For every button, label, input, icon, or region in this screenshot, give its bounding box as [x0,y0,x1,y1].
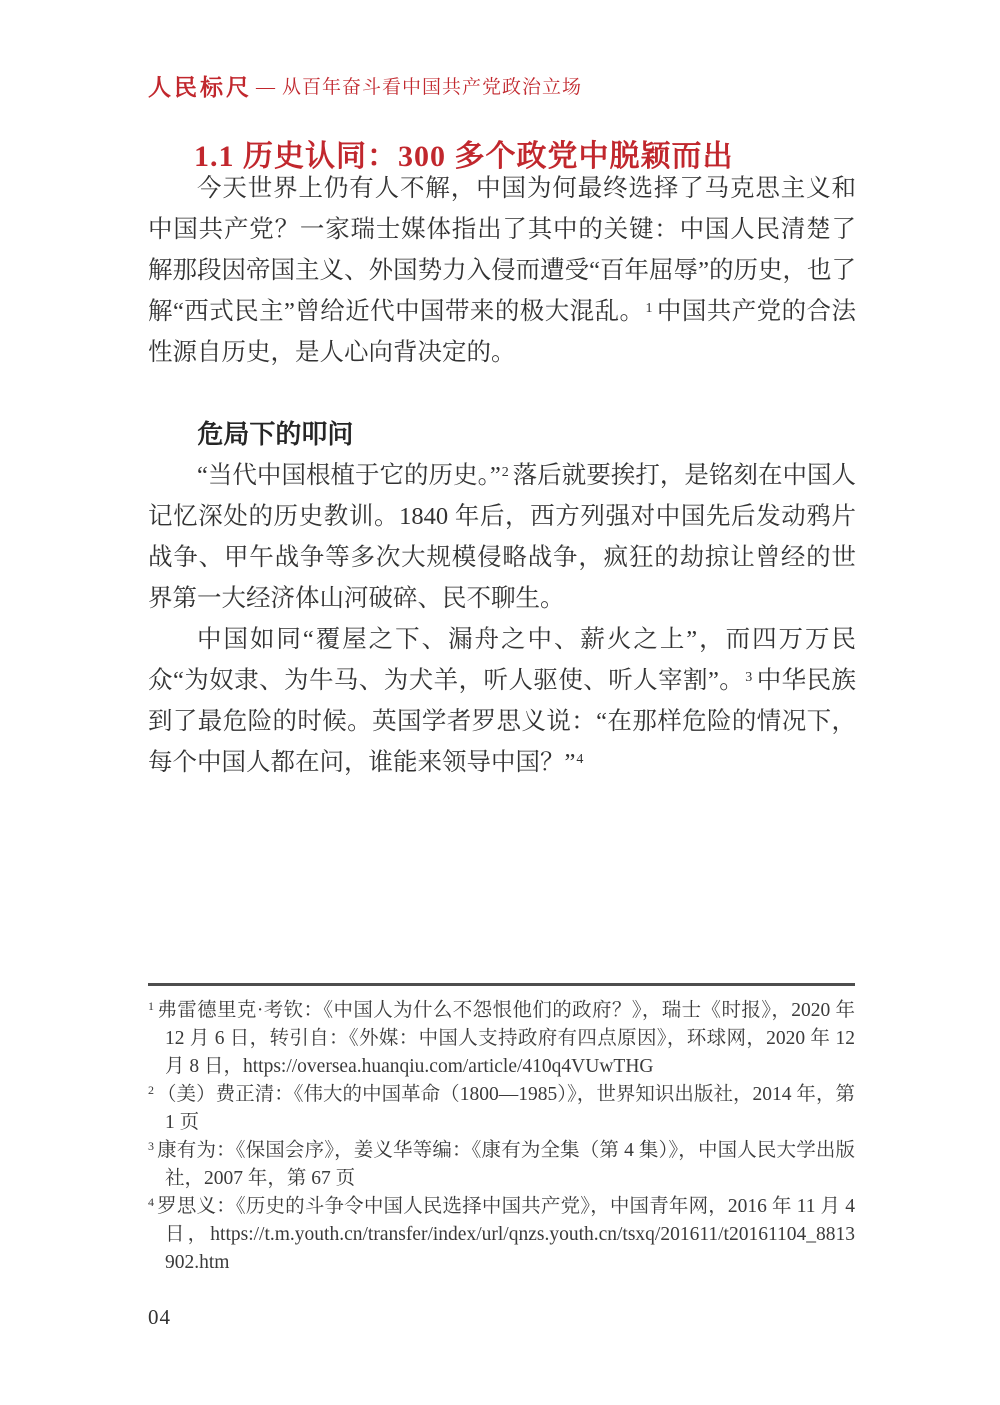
footnote-ref: 3 [745,670,752,685]
footnote-text: 弗雷德里克·考钦：《中国人为什么不怨恨他们的政府？》，瑞士《时报》，2020 年… [157,1000,855,1077]
footnote-text: 康有为：《保国会序》，姜义华等编：《康有为全集（第 4 集）》，中国人民大学出版… [157,1140,855,1189]
footnote-ref: 4 [576,752,583,767]
footnote-marker: 4 [148,1195,154,1209]
page-number: 04 [148,1305,171,1330]
footnote-text: （美）费正清：《伟大的中国革命（1800—1985）》，世界知识出版社，2014… [157,1084,855,1133]
book-title: 人民标尺 [148,75,252,100]
paragraph: “当代中国根植于它的历史。”2落后就要挨打，是铭刻在中国人记忆深处的历史教训。1… [148,455,856,619]
footnote-item: 3康有为：《保国会序》，姜义华等编：《康有为全集（第 4 集）》，中国人民大学出… [148,1137,855,1193]
footnote-marker: 3 [148,1139,154,1153]
footnote-ref: 1 [645,301,652,316]
paragraph: 中国如同“覆屋之下、漏舟之中、薪火之上”，而四万万民众“为奴隶、为牛马、为犬羊，… [148,619,856,783]
footnote-item: 1弗雷德里克·考钦：《中国人为什么不怨恨他们的政府？》，瑞士《时报》，2020 … [148,997,855,1081]
book-page: 人民标尺—从百年奋斗看中国共产党政治立场 1.1 历史认同：300 多个政党中脱… [0,0,1000,1405]
footnote-ref: 2 [502,465,509,480]
book-subtitle: 从百年奋斗看中国共产党政治立场 [282,77,582,98]
body-content: 今天世界上仍有人不解，中国为何最终选择了马克思主义和中国共产党？一家瑞士媒体指出… [148,168,856,783]
footnote-marker: 2 [148,1083,154,1097]
footnote-text: 罗思义：《历史的斗争令中国人民选择中国共产党》，中国青年网，2016 年 11 … [157,1196,855,1273]
footnote-marker: 1 [148,999,154,1013]
header-dash: — [256,77,275,98]
footnote-item: 2（美）费正清：《伟大的中国革命（1800—1985）》，世界知识出版社，201… [148,1081,855,1137]
footnotes-block: 1弗雷德里克·考钦：《中国人为什么不怨恨他们的政府？》，瑞士《时报》，2020 … [148,983,855,1277]
paragraph: 今天世界上仍有人不解，中国为何最终选择了马克思主义和中国共产党？一家瑞士媒体指出… [148,168,856,373]
footnote-item: 4罗思义：《历史的斗争令中国人民选择中国共产党》，中国青年网，2016 年 11… [148,1193,855,1277]
footnote-divider [148,983,855,986]
running-header: 人民标尺—从百年奋斗看中国共产党政治立场 [148,69,582,102]
footnote-list: 1弗雷德里克·考钦：《中国人为什么不怨恨他们的政府？》，瑞士《时报》，2020 … [148,997,855,1277]
subsection-heading: 危局下的叩问 [148,414,856,455]
